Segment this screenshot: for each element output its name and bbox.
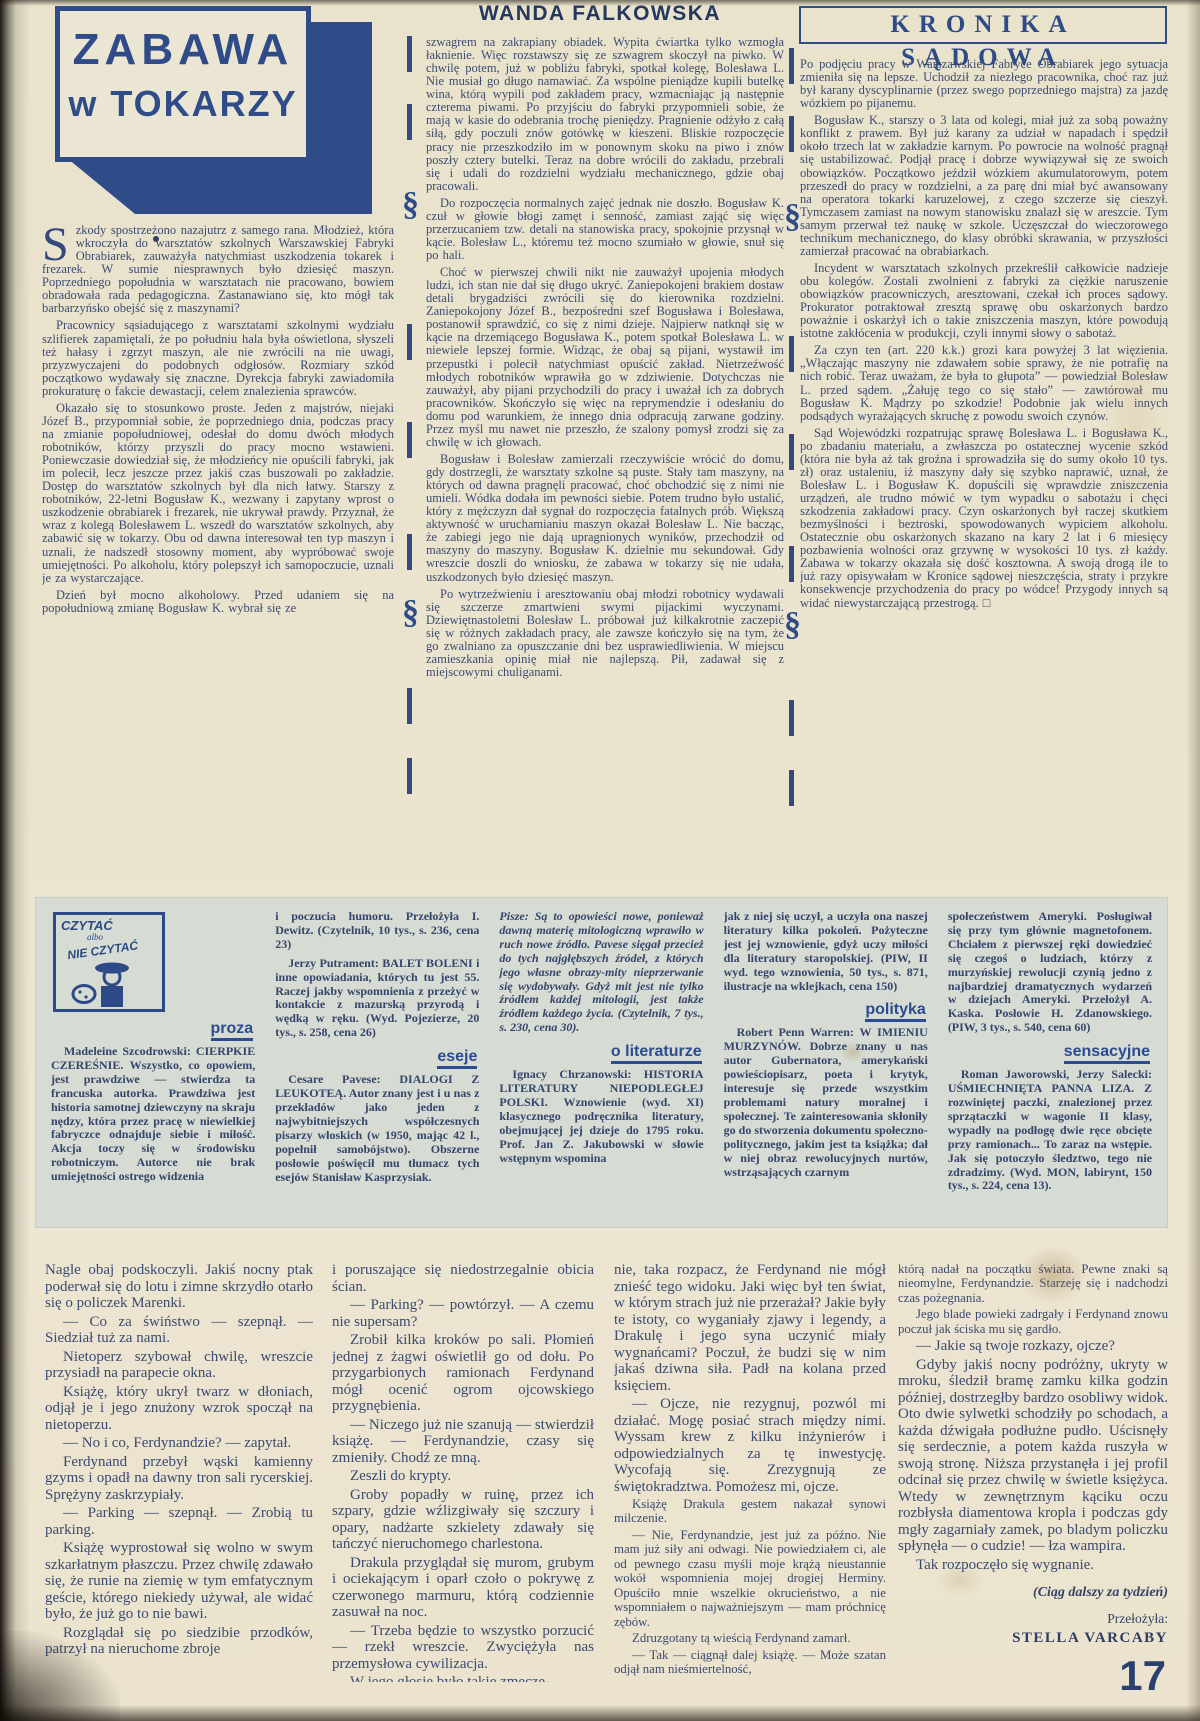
article-title-line1: ZABAWA bbox=[60, 25, 306, 75]
paragraph: społeczeństwem Ameryki. Posługiwał się p… bbox=[948, 910, 1152, 1035]
paragraph: Pracownicy sąsiadującego z warsztatami s… bbox=[42, 319, 394, 397]
section-mark-icon: § bbox=[402, 188, 419, 222]
divider-dash bbox=[407, 36, 412, 72]
scan-edge-right bbox=[1186, 0, 1200, 1721]
divider-dash bbox=[407, 534, 412, 570]
paragraph: Po podjęciu pracy w Warszawskiej Fabryce… bbox=[800, 58, 1168, 110]
scan-edge-bottom bbox=[0, 1705, 1200, 1721]
reviews-column-3: Pisze: Są to opowieści nowe, ponieważ da… bbox=[499, 910, 703, 1215]
column-divider-2: § § bbox=[784, 48, 802, 818]
paragraph: Szkody spostrzeżono nazajutrz z samego r… bbox=[42, 224, 394, 315]
scan-edge-left bbox=[0, 0, 30, 1721]
divider-dash bbox=[789, 434, 794, 470]
divider-dash bbox=[789, 700, 794, 736]
paragraph: Jerzy Putrament: BALET BOLENI i inne opo… bbox=[275, 957, 479, 1040]
paragraph: — Parking — szepnął. — Zrobią tu parking… bbox=[45, 1505, 313, 1538]
paragraph: — Co za świństwo — szepnął. — Siedział t… bbox=[45, 1314, 313, 1347]
paragraph: Bogusław i Bolesław zamierzali rzeczywiś… bbox=[426, 453, 784, 584]
article-column-3: Po podjęciu pracy w Warszawskiej Fabryce… bbox=[800, 58, 1168, 818]
paragraph: Książę Drakula gestem nakazał synowi mil… bbox=[614, 1497, 886, 1526]
paragraph: szwagrem na zakrapiany obiadek. Wypita ć… bbox=[426, 36, 784, 193]
divider-dash bbox=[789, 116, 794, 152]
book-reviews-section: CZYTAĆ albo NIE CZYTAĆ prozaMadeleine Sz… bbox=[35, 897, 1168, 1228]
section-mark-icon: § bbox=[784, 608, 801, 642]
author-byline: WANDA FALKOWSKA bbox=[400, 2, 800, 26]
article-column-1: Szkody spostrzeżono nazajutrz z samego r… bbox=[42, 224, 394, 824]
paragraph: — Nie, Ferdynandzie, jest już za późno. … bbox=[614, 1528, 886, 1629]
paragraph: Incydent w warsztatach szkolnych przekre… bbox=[800, 262, 1168, 340]
paragraph: Za czyn ten (art. 220 k.k.) grozi kara p… bbox=[800, 344, 1168, 422]
divider-dash bbox=[407, 688, 412, 724]
paragraph: Książę wyprostował się wolno w swym szka… bbox=[45, 1540, 313, 1623]
paragraph: — Tak — ciągnął dalej książę. — Może sza… bbox=[614, 1648, 886, 1677]
divider-dash bbox=[407, 324, 412, 360]
paragraph: Rozglądał się po siedzibie przodków, pat… bbox=[45, 1625, 313, 1658]
paragraph: Madeleine Szcodrowski: CIERPKIE CZEREŚNI… bbox=[51, 1045, 255, 1184]
article-title-line2: w TOKARZY bbox=[60, 83, 306, 125]
reviews-column-2: i poczucia humoru. Przełożyła I. Dewitz.… bbox=[275, 910, 479, 1215]
newspaper-page: ZABAWA w TOKARZY WANDA FALKOWSKA KRONIKA… bbox=[0, 0, 1200, 1721]
paragraph: jak z niej się uczył, a uczyła ona nasze… bbox=[724, 910, 928, 993]
paragraph: i poczucia humoru. Przełożyła I. Dewitz.… bbox=[275, 910, 479, 952]
paragraph: i poruszające się niedostrzegalnie obici… bbox=[332, 1262, 594, 1295]
story-column-2: i poruszające się niedostrzegalnie obici… bbox=[332, 1262, 594, 1682]
divider-dash bbox=[407, 104, 412, 140]
section-mark-icon: § bbox=[402, 596, 419, 630]
czytac-albo-nie-czytac-logo: CZYTAĆ albo NIE CZYTAĆ bbox=[53, 912, 165, 1012]
paragraph: Groby popadły w ruinę, przez ich szpary,… bbox=[332, 1487, 594, 1553]
article-title-box: ZABAWA w TOKARZY bbox=[55, 6, 311, 162]
translator-name: STELLA VARCABY bbox=[898, 1630, 1168, 1647]
reviews-column-5: społeczeństwem Ameryki. Posługiwał się p… bbox=[948, 910, 1152, 1215]
paragraph: Cesare Pavese: DIALOGI Z LEUKOTEĄ. Autor… bbox=[275, 1073, 479, 1184]
paragraph: Nietoperz szybował chwilę, wreszcie przy… bbox=[45, 1349, 313, 1382]
review-category-header: eseje bbox=[275, 1048, 477, 1066]
paragraph: Choć w pierwszej chwili nikt nie zauważy… bbox=[426, 266, 784, 449]
paragraph: — Niczego już nie szanują — stwierdził k… bbox=[332, 1417, 594, 1467]
translator-label: Przełożyła: bbox=[898, 1611, 1168, 1627]
reviews-column-4: jak z niej się uczył, a uczyła ona nasze… bbox=[724, 910, 928, 1215]
paragraph: Drakula przyglądał się murom, grubym i o… bbox=[332, 1555, 594, 1621]
paragraph: Po wytrzeźwieniu i aresztowaniu obaj mło… bbox=[426, 588, 784, 679]
paragraph: Do rozpoczęcia normalnych zajęć jednak n… bbox=[426, 197, 784, 262]
paragraph: Bogusław K., starszy o 3 lata od kolegi,… bbox=[800, 114, 1168, 258]
story-column-4: którą nadał na początku świata. Pewne zn… bbox=[898, 1262, 1168, 1698]
paragraph: — Jakie są twoje rozkazy, ojcze? bbox=[898, 1338, 1168, 1355]
review-category-header: sensacyjne bbox=[948, 1043, 1150, 1061]
section-mark-icon: § bbox=[784, 200, 801, 234]
paragraph: Nagle obaj podskoczyli. Jakiś nocny ptak… bbox=[45, 1262, 313, 1312]
paragraph: Roman Jaworowski, Jerzy Salecki: UŚMIECH… bbox=[948, 1068, 1152, 1193]
divider-dash bbox=[789, 48, 794, 84]
continuation-note: (Ciąg dalszy za tydzień) bbox=[898, 1585, 1168, 1601]
kronika-sadowa-header: KRONIKA SĄDOWA bbox=[799, 6, 1167, 44]
paragraph: nie, taka rozpacz, że Ferdynand nie mógł… bbox=[614, 1262, 886, 1394]
paragraph: Jego blade powieki zadrgały i Ferdynand … bbox=[898, 1307, 1168, 1336]
paragraph: Dzień był mocno alkoholowy. Przed udanie… bbox=[42, 589, 394, 615]
paragraph: Gdyby jakiś nocny podróżny, ukryty w mro… bbox=[898, 1357, 1168, 1555]
paragraph: — Parking? — powtórzył. — A czemu nie su… bbox=[332, 1297, 594, 1330]
review-category-header: polityka bbox=[724, 1001, 926, 1019]
paragraph: Tak rozpoczęło się wygnanie. bbox=[898, 1557, 1168, 1574]
review-category-header: proza bbox=[51, 1020, 253, 1038]
page-number: 17 bbox=[1119, 1652, 1166, 1700]
article-column-2: szwagrem na zakrapiany obiadek. Wypita ć… bbox=[426, 36, 784, 826]
paragraph: którą nadał na początku świata. Pewne zn… bbox=[898, 1262, 1168, 1305]
column-divider-1: § § bbox=[402, 36, 420, 806]
divider-dash bbox=[789, 336, 794, 372]
paragraph: Pisze: Są to opowieści nowe, ponieważ da… bbox=[499, 910, 703, 1035]
story-column-3: nie, taka rozpacz, że Ferdynand nie mógł… bbox=[614, 1262, 886, 1682]
paragraph: — Trzeba będzie to wszystko porzucić — r… bbox=[332, 1623, 594, 1673]
paragraph: Zrobił kilka kroków po sali. Płomień jed… bbox=[332, 1332, 594, 1415]
story-column-1: Nagle obaj podskoczyli. Jakiś nocny ptak… bbox=[45, 1262, 313, 1682]
painter-figure-icon bbox=[70, 961, 144, 1007]
divider-dash bbox=[789, 546, 794, 582]
reviews-column-1: CZYTAĆ albo NIE CZYTAĆ prozaMadeleine Sz… bbox=[51, 910, 255, 1215]
logo-text-line1: CZYTAĆ bbox=[61, 918, 157, 933]
paragraph: Zdruzgotany tą wieścią Ferdynand zamarł. bbox=[614, 1631, 886, 1645]
divider-dash bbox=[407, 758, 412, 794]
paragraph: Robert Penn Warren: W IMIENIU MURZYNÓW. … bbox=[724, 1026, 928, 1179]
paragraph: Zeszli do krypty. bbox=[332, 1468, 594, 1485]
paragraph: W jego głosie było takie zmęcze- bbox=[332, 1674, 594, 1682]
paragraph: Ignacy Chrzanowski: HISTORIA LITERATURY … bbox=[499, 1068, 703, 1165]
review-category-header: o literaturze bbox=[499, 1043, 701, 1061]
paragraph: Okazało się to stosunkowo proste. Jeden … bbox=[42, 402, 394, 585]
paragraph: Książę, który ukrył twarz w dłoniach, od… bbox=[45, 1384, 313, 1434]
paragraph: Ferdynand przebył wąski kamienny gzyms i… bbox=[45, 1454, 313, 1504]
paragraph: Sąd Wojewódzki rozpatrując sprawę Bolesł… bbox=[800, 427, 1168, 610]
paragraph: — No i co, Ferdynandzie? — zapytał. bbox=[45, 1435, 313, 1452]
divider-dash bbox=[789, 770, 794, 806]
divider-dash bbox=[407, 422, 412, 458]
paragraph: — Ojcze, nie rezygnuj, pozwól mi działać… bbox=[614, 1396, 886, 1495]
